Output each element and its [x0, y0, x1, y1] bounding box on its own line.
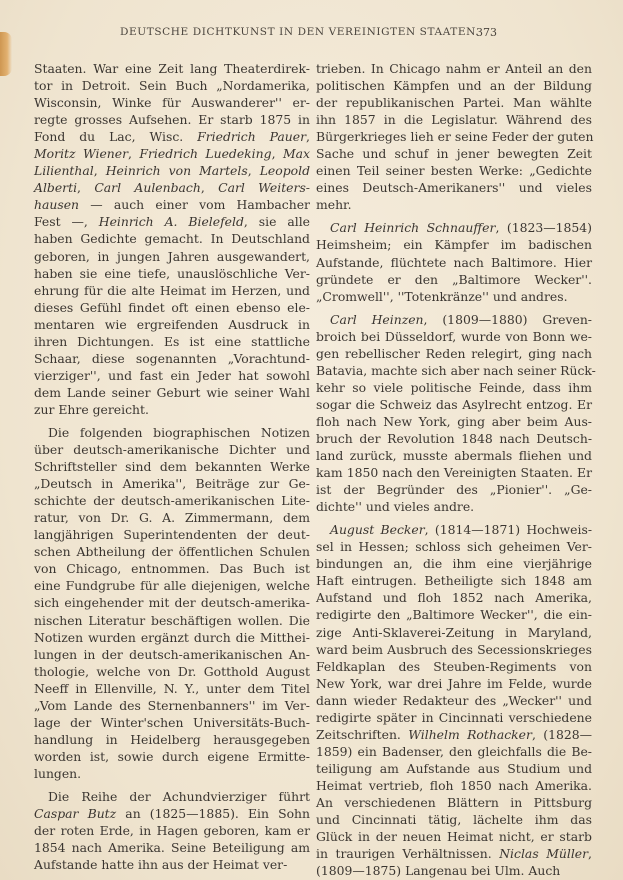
text-line: Bürgerkrieges lieh er seine Feder der gu… [316, 128, 592, 145]
right-column: trieben. In Chicago nahm er Anteil an de… [316, 60, 592, 879]
text-line: Zeitschriften. Wilhelm Rothacker, (1828— [316, 726, 592, 743]
text-line: sich eingehender mit der deutsch-amerika… [34, 594, 310, 611]
text-line: Haft eintrugen. Betheiligte sich 1848 am [316, 572, 592, 589]
text-line: mehr. [316, 196, 592, 213]
text-line: 1854 nach Amerika. Seine Beteiligung am [34, 839, 310, 856]
text-line: eine Fundgrube für alle diejenigen, welc… [34, 577, 310, 594]
text-line: Notizen wurden ergänzt durch die Mitthei… [34, 629, 310, 646]
text-line: Heimsheim; ein Kämpfer im badischen [316, 236, 592, 253]
text-line: hausen — auch einer vom Hambacher [34, 196, 310, 213]
text-line: floh nach New York, ging aber beim Aus- [316, 413, 592, 430]
text-line: lage der Winter'schen Universitäts-Buch- [34, 714, 310, 731]
text-line: nischen Literatur beschäftigen wollen. D… [34, 612, 310, 629]
text-line: „Deutsch in Amerika'', Beiträge zur Ge- [34, 475, 310, 492]
text-line: thologie, welche von Dr. Gotthold August [34, 663, 310, 680]
text-line: schen Abtheilung der öffentlichen Schule… [34, 543, 310, 560]
text-line: Heimat vertrieb, floh 1850 nach Amerika. [316, 777, 592, 794]
text-line: lungen in der deutsch-amerikanischen An- [34, 646, 310, 663]
right-paragraph: Carl Heinrich Schnauffer, (1823—1854)Hei… [316, 219, 592, 304]
text-line: gen rebellischer Reden relegirt, ging na… [316, 345, 592, 362]
text-line: ehrung für die alte Heimat im Herzen, un… [34, 282, 310, 299]
text-line: sogar die Schweiz das Asylrecht entzog. … [316, 396, 592, 413]
text-line: Moritz Wiener, Friedrich Luedeking, Max [34, 145, 310, 162]
text-line: Aufstande hatte ihn aus der Heimat ver- [34, 856, 310, 873]
text-line: einen Teil seiner besten Werke: „Gedicht… [316, 162, 592, 179]
text-line: dieses Gefühl findet oft einen ebenso el… [34, 299, 310, 316]
text-line: regte grosses Aufsehen. Er starb 1875 in [34, 111, 310, 128]
text-line: und Cincinnati tätig, lächelte ihm das [316, 811, 592, 828]
text-line: geboren, in jungen Jahren ausgewandert, [34, 248, 310, 265]
text-line: eines Deutsch-Amerikaners'' und vieles [316, 179, 592, 196]
text-line: Carl Heinzen, (1809—1880) Greven- [316, 311, 592, 328]
text-line: mentaren wie ergreifenden Ausdruck in [34, 316, 310, 333]
text-line: langjährigen Superintendenten der deut- [34, 526, 310, 543]
text-line: Alberti, Carl Aulenbach, Carl Weiters- [34, 179, 310, 196]
text-line: Glück in der neuen Heimat nicht, er star… [316, 828, 592, 845]
text-line: Wisconsin, Winke für Auswanderer'' er- [34, 94, 310, 111]
text-line: kam 1850 nach den Vereinigten Staaten. E… [316, 464, 592, 481]
text-line: New York, war drei Jahre im Felde, wurde [316, 675, 592, 692]
right-paragraph: August Becker, (1814—1871) Hochweis-sel … [316, 521, 592, 879]
text-line: Neeff in Ellenville, N. Y., unter dem Ti… [34, 680, 310, 697]
text-line: redigirte den „Baltimore Wecker'', die e… [316, 606, 592, 623]
text-line: zur Ehre gereicht. [34, 401, 310, 418]
text-line: land zurück, musste abermals fliehen und [316, 447, 592, 464]
text-line: lungen. [34, 765, 310, 782]
text-line: haben Gedichte gemacht. In Deutschland [34, 230, 310, 247]
text-line: dem Lande seiner Geburt wie seiner Wahl [34, 384, 310, 401]
text-line: in traurigen Verhältnissen. Niclas Mülle… [316, 845, 592, 862]
text-line: Aufstand und floh 1852 nach Amerika, [316, 589, 592, 606]
text-line: redigirte später in Cincinnati verschied… [316, 709, 592, 726]
book-page: DEUTSCHE DICHTKUNST IN DEN VEREINIGTEN S… [0, 0, 623, 880]
left-paragraph: Die Reihe der Achundvierziger führtCaspa… [34, 788, 310, 873]
page-number: 373 [476, 26, 497, 39]
text-line: Fest —, Heinrich A. Bielefeld, sie alle [34, 213, 310, 230]
text-line: Schriftsteller sind dem bekannten Werke [34, 458, 310, 475]
text-line: ihren Dichtungen. Es ist eine stattliche [34, 333, 310, 350]
text-line: (1809—1875) Langenau bei Ulm. Auch [316, 862, 592, 879]
text-line: vierziger'', und fast ein Jeder hat sowo… [34, 367, 310, 384]
text-line: 1859) ein Badenser, den gleichfalls die … [316, 743, 592, 760]
text-line: ratur, von Dr. G. A. Zimmermann, dem [34, 509, 310, 526]
text-line: Die Reihe der Achundvierziger führt [34, 788, 310, 805]
left-paragraph: Die folgenden biographischen Notizenüber… [34, 424, 310, 782]
text-line: zige Anti-Sklaverei-Zeitung in Maryland, [316, 624, 592, 641]
text-line: gründete er den „Baltimore Wecker''. [316, 271, 592, 288]
left-paragraph: Staaten. War eine Zeit lang Theaterdirek… [34, 60, 310, 418]
text-line: An verschiedenen Blättern in Pittsburg [316, 794, 592, 811]
page-header: DEUTSCHE DICHTKUNST IN DEN VEREINIGTEN S… [0, 26, 623, 42]
text-line: „Vom Lande des Sternenbanners'' im Ver- [34, 697, 310, 714]
text-line: August Becker, (1814—1871) Hochweis- [316, 521, 592, 538]
text-line: Staaten. War eine Zeit lang Theaterdirek… [34, 60, 310, 77]
text-line: über deutsch-amerikanische Dichter und [34, 441, 310, 458]
text-line: bindungen an, die ihm eine vierjährige [316, 555, 592, 572]
text-line: Caspar Butz an (1825—1885). Ein Sohn [34, 805, 310, 822]
text-line: tor in Detroit. Sein Buch „Nordamerika, [34, 77, 310, 94]
text-line: ward beim Ausbruch des Secessionskrieges [316, 641, 592, 658]
running-title: DEUTSCHE DICHTKUNST IN DEN VEREINIGTEN S… [120, 26, 479, 38]
text-line: Carl Heinrich Schnauffer, (1823—1854) [316, 219, 592, 236]
left-column: Staaten. War eine Zeit lang Theaterdirek… [34, 60, 310, 873]
text-line: Lilienthal, Heinrich von Martels, Leopol… [34, 162, 310, 179]
text-line: dann wieder Redakteur des „Wecker'' und [316, 692, 592, 709]
text-line: trieben. In Chicago nahm er Anteil an de… [316, 60, 592, 77]
text-line: der roten Erde, in Hagen geboren, kam er [34, 822, 310, 839]
text-line: teiligung am Aufstande aus Studium und [316, 760, 592, 777]
text-line: ist der Begründer des „Pionier''. „Ge- [316, 481, 592, 498]
text-line: Feldkaplan des Steuben-Regiments von [316, 658, 592, 675]
text-line: Schaar, diese sogenannten „Vorachtund- [34, 350, 310, 367]
text-line: bruch der Revolution 1848 nach Deutsch- [316, 430, 592, 447]
text-line: sel in Hessen; schloss sich geheimen Ver… [316, 538, 592, 555]
text-line: Die folgenden biographischen Notizen [34, 424, 310, 441]
text-line: Sache und schuf in jener bewegten Zeit [316, 145, 592, 162]
text-line: schichte der deutsch-amerikanischen Lite… [34, 492, 310, 509]
text-line: kehr so viele politische Feinde, dass ih… [316, 379, 592, 396]
text-line: Fond du Lac, Wisc. Friedrich Pauer, [34, 128, 310, 145]
right-paragraph: trieben. In Chicago nahm er Anteil an de… [316, 60, 592, 213]
text-line: dichte'' und vieles andre. [316, 498, 592, 515]
text-line: der republikanischen Partei. Man wählte [316, 94, 592, 111]
text-line: handlung in Heidelberg herausgegeben [34, 731, 310, 748]
text-line: „Cromwell'', ''Totenkränze'' und andres. [316, 288, 592, 305]
text-line: ihn 1857 in die Legislatur. Während des [316, 111, 592, 128]
text-line: Aufstande, flüchtete nach Baltimore. Hie… [316, 254, 592, 271]
text-line: haben sie eine tiefe, unauslöschliche Ve… [34, 265, 310, 282]
text-line: Batavia, machte sich aber nach seiner Rü… [316, 362, 592, 379]
text-line: worden ist, sowie durch eigene Ermitte- [34, 748, 310, 765]
text-line: politischen Kämpfen und an der Bildung [316, 77, 592, 94]
text-line: broich bei Düsseldorf, wurde von Bonn we… [316, 328, 592, 345]
right-paragraph: Carl Heinzen, (1809—1880) Greven-broich … [316, 311, 592, 516]
text-line: von Chicago, entnommen. Das Buch ist [34, 560, 310, 577]
